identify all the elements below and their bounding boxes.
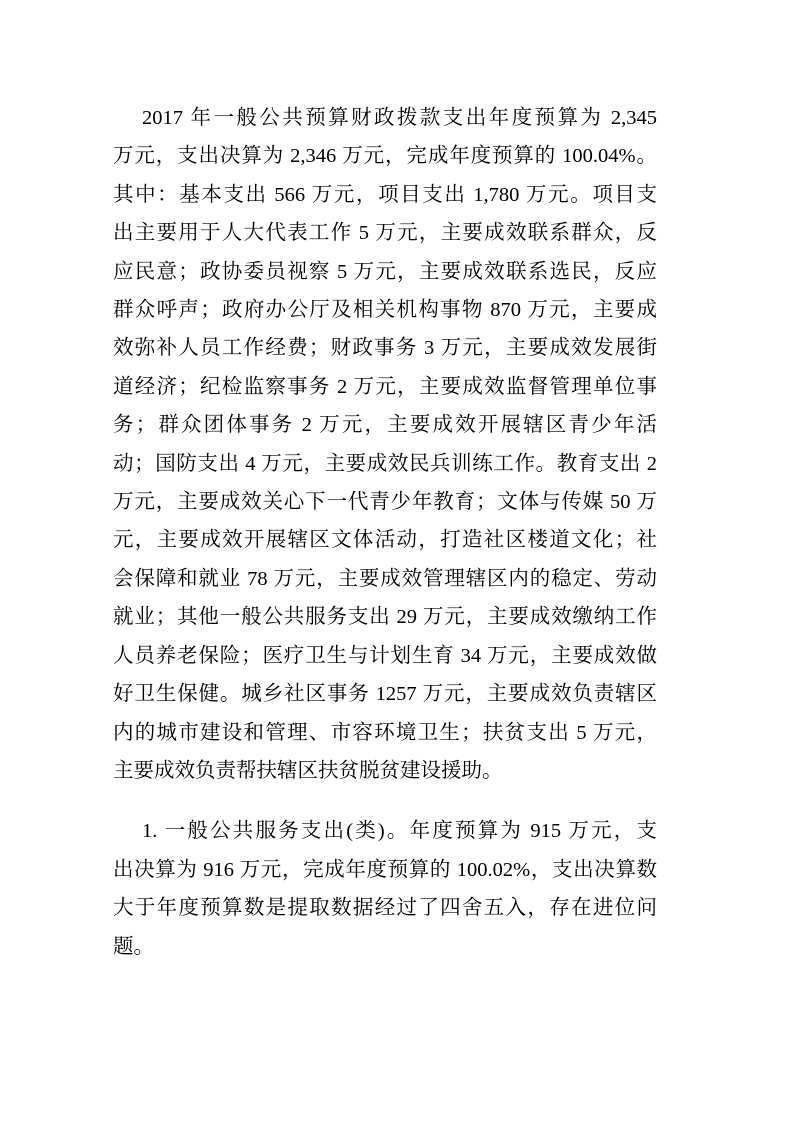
text-line: 内的城市建设和管理、市容环境卫生；扶贫支出 5 万元， [113,714,657,752]
text-line: 其中：基本支出 566 万元，项目支出 1,780 万元。项目支 [113,176,657,214]
text-line: 出主要用于人大代表工作 5 万元，主要成效联系群众，反 [113,214,657,252]
text-line: 动；国防支出 4 万元，主要成效民兵训练工作。教育支出 2 [113,445,657,483]
text-line: 人员养老保险；医疗卫生与计划生育 34 万元，主要成效做 [113,637,657,675]
text-line: 万元，主要成效关心下一代青少年教育；文体与传媒 50 万 [113,483,657,521]
paragraph-general-public-service: 1. 一般公共服务支出(类)。年度预算为 915 万元，支 出决算为 916 万… [113,812,657,966]
text-line: 群众呼声；政府办公厅及相关机构事物 870 万元，主要成 [113,291,657,329]
text-line: 好卫生保健。城乡社区事务 1257 万元，主要成效负责辖区 [113,675,657,713]
text-line: 元，主要成效开展辖区文体活动，打造社区楼道文化；社 [113,521,657,559]
text-line: 题。 [113,928,657,966]
text-line: 就业；其他一般公共服务支出 29 万元，主要成效缴纳工作 [113,598,657,636]
text-line: 万元，支出决算为 2,346 万元，完成年度预算的 100.04%。 [113,137,657,175]
document-page: 2017 年一般公共预算财政拨款支出年度预算为 2,345 万元，支出决算为 2… [0,0,793,1122]
text-line: 道经济；纪检监察事务 2 万元，主要成效监督管理单位事 [113,368,657,406]
text-line: 1. 一般公共服务支出(类)。年度预算为 915 万元，支 [113,812,657,850]
text-line: 会保障和就业 78 万元，主要成效管理辖区内的稳定、劳动 [113,560,657,598]
text-line: 应民意；政协委员视察 5 万元，主要成效联系选民，反应 [113,253,657,291]
text-line: 大于年度预算数是提取数据经过了四舍五入，存在进位问 [113,889,657,927]
text-line: 2017 年一般公共预算财政拨款支出年度预算为 2,345 [113,99,657,137]
paragraph-budget-overview: 2017 年一般公共预算财政拨款支出年度预算为 2,345 万元，支出决算为 2… [113,99,657,790]
text-line: 效弥补人员工作经费；财政事务 3 万元，主要成效发展街 [113,329,657,367]
text-line: 务；群众团体事务 2 万元，主要成效开展辖区青少年活 [113,406,657,444]
text-line: 出决算为 916 万元，完成年度预算的 100.02%，支出决算数 [113,851,657,889]
text-line: 主要成效负责帮扶辖区扶贫脱贫建设援助。 [113,752,657,790]
